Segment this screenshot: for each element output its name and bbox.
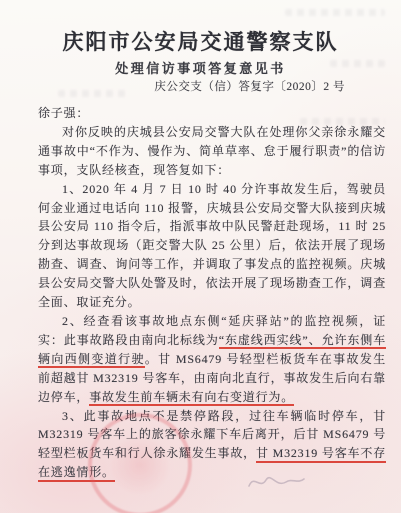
paragraph-intro: 对你反映的庆城县公安局交警大队在处理你父亲徐永耀交通事故中“不作为、慢作为、简单… bbox=[38, 123, 386, 180]
paragraph-item-2: 2、经查看该事故地点东侧“延庆驿站”的监控视频，证实：此事故路段由南向北标线为“… bbox=[38, 312, 386, 407]
document-number: 庆公交支（信）答复字〔2020〕2 号 bbox=[154, 78, 345, 94]
salutation: 徐子强： bbox=[38, 104, 386, 123]
ink-bleed-through-mark bbox=[58, 90, 130, 97]
red-underlined-text: 事故发生前车辆未有向右变道行为。 bbox=[89, 390, 294, 407]
paragraph-item-3: 3、此事故地点不是禁停路段，过往车辆临时停车，甘 M32319 号客车上的旅客徐… bbox=[38, 407, 386, 483]
document-body: 徐子强： 对你反映的庆城县公安局交警大队在处理你父亲徐永耀交通事故中“不作为、慢… bbox=[38, 104, 386, 482]
ink-bleed-through-mark bbox=[285, 9, 385, 16]
document-subtitle: 处理信访事项答复意见书 bbox=[0, 58, 401, 77]
paragraph-item-1: 1、2020 年 4 月 7 日 10 时 40 分许事故发生后，驾驶员何金业通… bbox=[38, 180, 386, 312]
scanned-document-page: 庆阳市公安局交通警察支队 处理信访事项答复意见书 庆公交支（信）答复字〔2020… bbox=[0, 0, 401, 513]
document-title: 庆阳市公安局交通警察支队 bbox=[0, 26, 401, 56]
